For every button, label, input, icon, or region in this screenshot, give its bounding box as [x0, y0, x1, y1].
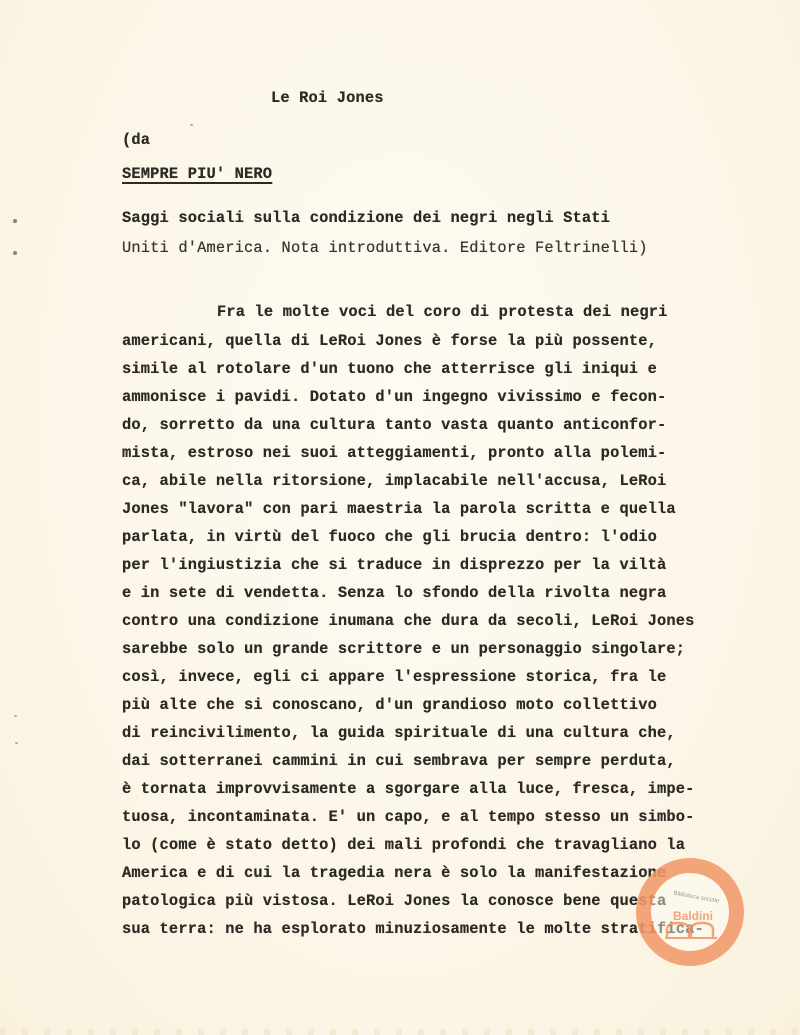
author-heading: Le Roi Jones: [271, 88, 384, 108]
body-line: sua terra: ne ha esplorato minuziosament…: [122, 919, 704, 939]
page-edge: [0, 1029, 800, 1035]
body-line: più alte che si conoscano, d'un grandios…: [122, 695, 657, 715]
body-line: do, sorretto da una cultura tanto vasta …: [122, 415, 666, 435]
body-line: mista, estroso nei suoi atteggiamenti, p…: [122, 443, 666, 463]
body-line: Jones "lavora" con pari maestria la paro…: [122, 499, 676, 519]
scanned-page: Le Roi Jones (da SEMPRE PIU' NERO Saggi …: [0, 0, 800, 1035]
open-book-icon: [665, 921, 717, 939]
body-line: parlata, in virtù del fuoco che gli bruc…: [122, 527, 657, 547]
subtitle-line-2: Uniti d'America. Nota introduttiva. Edit…: [122, 238, 648, 258]
source-prefix: (da: [122, 130, 150, 150]
body-line: Fra le molte voci del coro di protesta d…: [217, 302, 668, 322]
margin-speck: [15, 742, 18, 744]
book-title: SEMPRE PIU' NERO: [122, 164, 272, 184]
body-line: contro una condizione inumana che dura d…: [122, 611, 695, 631]
body-line: tuosa, incontaminata. E' un capo, e al t…: [122, 807, 695, 827]
body-line: simile al rotolare d'un tuono che atterr…: [122, 359, 657, 379]
body-line: americani, quella di LeRoi Jones è forse…: [122, 331, 657, 351]
margin-speck: [13, 251, 17, 255]
stamp-label: Biblioteca sociale: [673, 891, 723, 906]
library-stamp: Biblioteca sociale Baldini: [636, 858, 744, 966]
margin-speck: [13, 219, 17, 223]
ink-speck: [190, 124, 193, 126]
body-line: per l'ingiustizia che si traduce in disp…: [122, 555, 666, 575]
body-line: sarebbe solo un grande scrittore e un pe…: [122, 639, 685, 659]
body-line: è tornata improvvisamente a sgorgare all…: [122, 779, 695, 799]
body-line: di reincivilimento, la guida spirituale …: [122, 723, 676, 743]
body-line: dai sotterranei cammini in cui sembrava …: [122, 751, 676, 771]
body-line: lo (come è stato detto) dei mali profond…: [122, 835, 685, 855]
body-line: America e di cui la tragedia nera è solo…: [122, 863, 666, 883]
body-line: ca, abile nella ritorsione, implacabile …: [122, 471, 666, 491]
body-line: ammonisce i pavidi. Dotato d'un ingegno …: [122, 387, 666, 407]
margin-speck: [14, 715, 17, 717]
body-line: patologica più vistosa. LeRoi Jones la c…: [122, 891, 666, 911]
subtitle-line-1: Saggi sociali sulla condizione dei negri…: [122, 208, 610, 228]
body-line: e in sete di vendetta. Senza lo sfondo d…: [122, 583, 666, 603]
body-line: così, invece, egli ci appare l'espressio…: [122, 667, 666, 687]
